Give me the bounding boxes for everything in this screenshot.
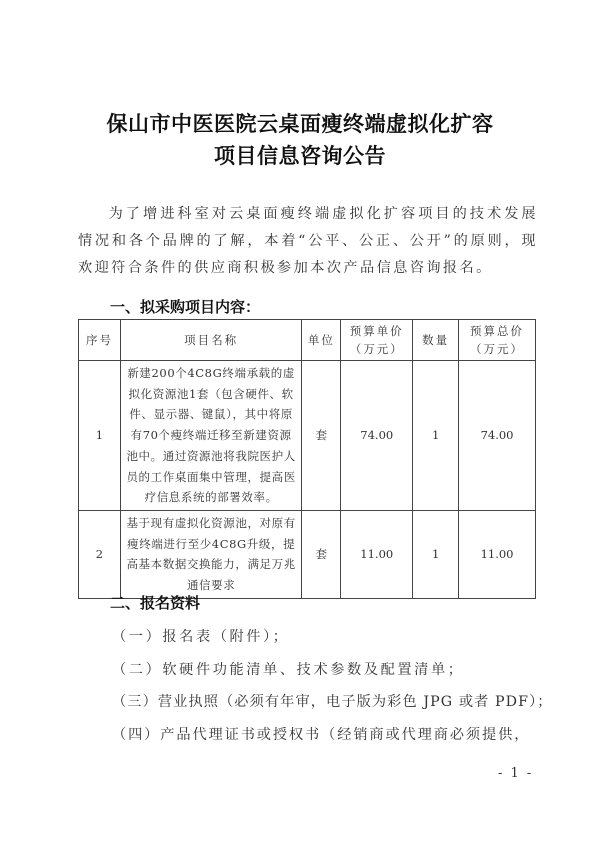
cell-total-price: 74.00 (459, 361, 536, 511)
header-name: 项目名称 (120, 320, 301, 361)
cell-no: 1 (79, 361, 121, 511)
header-total-price-unit: （万元） (470, 342, 524, 356)
list-item: （三）营业执照（必须有年审，电子版为彩色 JPG 或者 PDF）； (112, 691, 553, 711)
cell-name: 基于现有虚拟化资源池，对原有瘦终端进行至少4C8G升级，提高基本数据交换能力，满… (120, 510, 301, 598)
section2-heading: 二、报名资料 (110, 592, 200, 613)
list-item: （一）报名表（附件）； (112, 626, 290, 646)
cell-unit-price: 11.00 (341, 510, 413, 598)
header-qty: 数量 (413, 320, 459, 361)
table-row: 2 基于现有虚拟化资源池，对原有瘦终端进行至少4C8G升级，提高基本数据交换能力… (79, 510, 536, 598)
intro-paragraph: 为了增进科室对云桌面瘦终端虚拟化扩容项目的技术发展情况和各个品牌的了解，本着“公… (78, 201, 538, 282)
header-unit-price: 预算单价（万元） (341, 320, 413, 361)
header-total-price: 预算总价（万元） (459, 320, 536, 361)
table-header-row: 序号 项目名称 单位 预算单价（万元） 数量 预算总价（万元） (79, 320, 536, 361)
cell-no: 2 (79, 510, 121, 598)
procurement-table: 序号 项目名称 单位 预算单价（万元） 数量 预算总价（万元） 1 新建200个… (78, 319, 536, 599)
list-item: （二）软硬件功能清单、技术参数及配置清单； (112, 659, 465, 679)
page-number: - 1 - (498, 766, 533, 781)
cell-unit: 套 (302, 510, 341, 598)
cell-qty: 1 (413, 361, 459, 511)
cell-total-price: 11.00 (459, 510, 536, 598)
table-row: 1 新建200个4C8G终端承载的虚拟化资源池1套（包含硬件、软件、显示器、键鼠… (79, 361, 536, 511)
document-title-line1: 保山市中医医院云桌面瘦终端虚拟化扩容 (0, 108, 600, 138)
cell-qty: 1 (413, 510, 459, 598)
header-no: 序号 (79, 320, 121, 361)
header-unit-price-unit: （万元） (350, 342, 404, 356)
list-item: （四）产品代理证书或授权书（经销商或代理商必须提供， (112, 724, 530, 744)
header-unit: 单位 (302, 320, 341, 361)
header-unit-price-label: 预算单价 (350, 324, 404, 338)
cell-name: 新建200个4C8G终端承载的虚拟化资源池1套（包含硬件、软件、显示器、键鼠），… (120, 361, 301, 511)
cell-unit-price: 74.00 (341, 361, 413, 511)
intro-text: 为了增进科室对云桌面瘦终端虚拟化扩容项目的技术发展情况和各个品牌的了解，本着“公… (78, 206, 538, 276)
header-total-price-label: 预算总价 (470, 324, 524, 338)
section1-heading: 一、拟采购项目内容： (110, 296, 260, 317)
cell-unit: 套 (302, 361, 341, 511)
document-title-line2: 项目信息咨询公告 (0, 140, 600, 170)
